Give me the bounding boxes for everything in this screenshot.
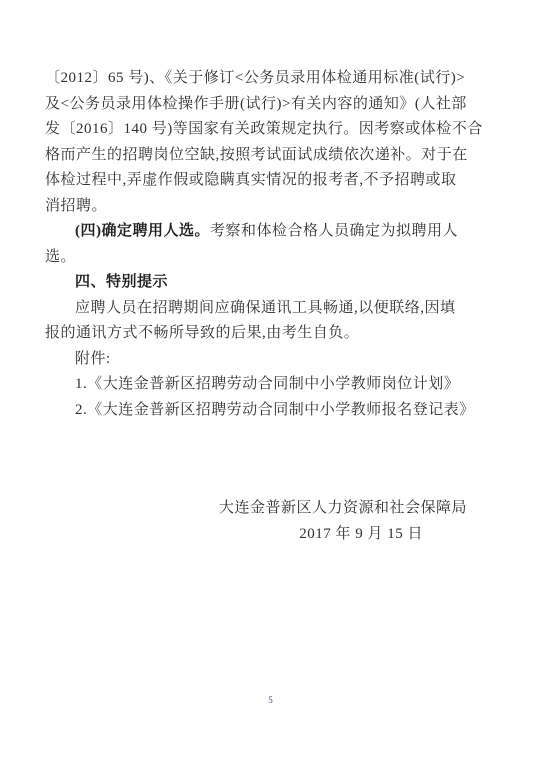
document-text: 1.《大连金普新区招聘劳动合同制中小学教师岗位计划》: [75, 376, 459, 392]
document-text: 体检过程中,弄虚作假或隐瞒真实情况的报考者,不予招聘或取: [45, 172, 457, 188]
document-line: 报的通讯方式不畅所导致的后果,由考生自负。: [45, 321, 487, 347]
document-line: 2.《大连金普新区招聘劳动合同制中小学教师报名登记表》: [45, 398, 487, 424]
signature-organization: 大连金普新区人力资源和社会保障局: [45, 496, 487, 522]
document-line: 选。: [45, 245, 487, 271]
document-text-bold: 四、特别提示: [75, 274, 168, 290]
document-line: 附件:: [45, 347, 487, 373]
document-line: 〔2012〕65 号)、《关于修订<公务员录用体检通用标准(试行)>: [45, 66, 487, 92]
document-text: 应聘人员在招聘期间应确保通讯工具畅通,以便联络,因填: [75, 300, 456, 316]
document-line: 应聘人员在招聘期间应确保通讯工具畅通,以便联络,因填: [45, 296, 487, 322]
document-text: 〔2012〕65 号)、《关于修订<公务员录用体检通用标准(试行)>: [45, 70, 465, 86]
document-text: 报的通讯方式不畅所导致的后果,由考生自负。: [45, 325, 359, 341]
document-text: 考察和体检合格人员确定为拟聘用人: [210, 223, 458, 239]
document-line: 发〔2016〕140 号)等国家有关政策规定执行。因考察或体检不合: [45, 117, 487, 143]
signature-block: 大连金普新区人力资源和社会保障局 2017 年 9 月 15 日: [45, 496, 487, 547]
document-text: 及<公务员录用体检操作手册(试行)>有关内容的通知》(人社部: [45, 96, 467, 112]
document-line: (四)确定聘用人选。考察和体检合格人员确定为拟聘用人: [45, 219, 487, 245]
document-body: 〔2012〕65 号)、《关于修订<公务员录用体检通用标准(试行)>及<公务员录…: [45, 66, 487, 547]
document-text: 消招聘。: [45, 198, 107, 214]
document-line: 消招聘。: [45, 194, 487, 220]
document-text: 选。: [45, 249, 76, 265]
document-text: 2.《大连金普新区招聘劳动合同制中小学教师报名登记表》: [75, 402, 475, 418]
document-line: 1.《大连金普新区招聘劳动合同制中小学教师岗位计划》: [45, 372, 487, 398]
document-text: 格而产生的招聘岗位空缺,按照考试面试成绩依次递补。对于在: [45, 147, 468, 163]
document-line: 格而产生的招聘岗位空缺,按照考试面试成绩依次递补。对于在: [45, 143, 487, 169]
document-text: 发〔2016〕140 号)等国家有关政策规定执行。因考察或体检不合: [45, 121, 483, 137]
document-text: 附件:: [75, 351, 111, 367]
document-text-bold: (四)确定聘用人选。: [75, 223, 210, 239]
document-line: 四、特别提示: [45, 270, 487, 296]
document-page: 〔2012〕65 号)、《关于修订<公务员录用体检通用标准(试行)>及<公务员录…: [0, 0, 541, 769]
document-line: 及<公务员录用体检操作手册(试行)>有关内容的通知》(人社部: [45, 92, 487, 118]
page-number: 5: [0, 694, 541, 706]
document-line: 体检过程中,弄虚作假或隐瞒真实情况的报考者,不予招聘或取: [45, 168, 487, 194]
signature-date: 2017 年 9 月 15 日: [45, 522, 487, 548]
